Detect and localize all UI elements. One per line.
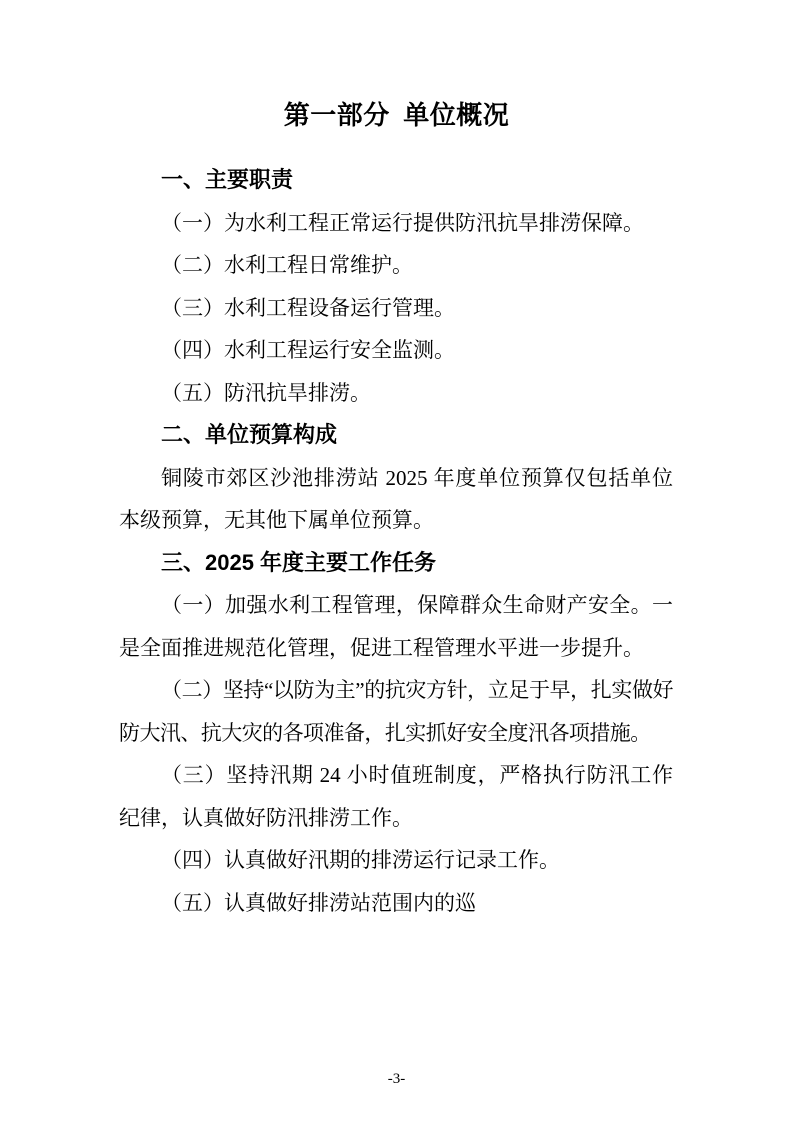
document-body: 一、主要职责 （一）为水利工程正常运行提供防汛抗旱排涝保障。 （二）水利工程日常…: [119, 159, 673, 924]
section-heading-2: 二、单位预算构成: [119, 414, 673, 457]
section-work-tasks: 三、2025 年度主要工作任务 （一）加强水利工程管理，保障群众生命财产安全。一…: [119, 542, 673, 925]
document-title: 第一部分 单位概况: [0, 95, 793, 135]
section-main-duties: 一、主要职责 （一）为水利工程正常运行提供防汛抗旱排涝保障。 （二）水利工程日常…: [119, 159, 673, 414]
paragraph: 铜陵市郊区沙池排涝站 2025 年度单位预算仅包括单位本级预算，无其他下属单位预…: [119, 457, 673, 542]
paragraph: （五）认真做好排涝站范围内的巡: [119, 882, 673, 925]
page-number: -3-: [0, 1069, 793, 1089]
paragraph: （二）坚持“以防为主”的抗灾方针，立足于早，扎实做好防大汛、抗大灾的各项准备，扎…: [119, 669, 673, 754]
paragraph: （三）水利工程设备运行管理。: [119, 287, 673, 330]
section-budget-composition: 二、单位预算构成 铜陵市郊区沙池排涝站 2025 年度单位预算仅包括单位本级预算…: [119, 414, 673, 542]
paragraph: （三）坚持汛期 24 小时值班制度，严格执行防汛工作纪律，认真做好防汛排涝工作。: [119, 754, 673, 839]
document-page: 第一部分 单位概况 一、主要职责 （一）为水利工程正常运行提供防汛抗旱排涝保障。…: [0, 0, 793, 1122]
paragraph: （一）加强水利工程管理，保障群众生命财产安全。一是全面推进规范化管理，促进工程管…: [119, 584, 673, 669]
section-heading-1: 一、主要职责: [119, 159, 673, 202]
paragraph: （五）防汛抗旱排涝。: [119, 372, 673, 415]
paragraph: （一）为水利工程正常运行提供防汛抗旱排涝保障。: [119, 202, 673, 245]
paragraph: （二）水利工程日常维护。: [119, 244, 673, 287]
paragraph: （四）认真做好汛期的排涝运行记录工作。: [119, 839, 673, 882]
paragraph: （四）水利工程运行安全监测。: [119, 329, 673, 372]
section-heading-3: 三、2025 年度主要工作任务: [119, 542, 673, 585]
